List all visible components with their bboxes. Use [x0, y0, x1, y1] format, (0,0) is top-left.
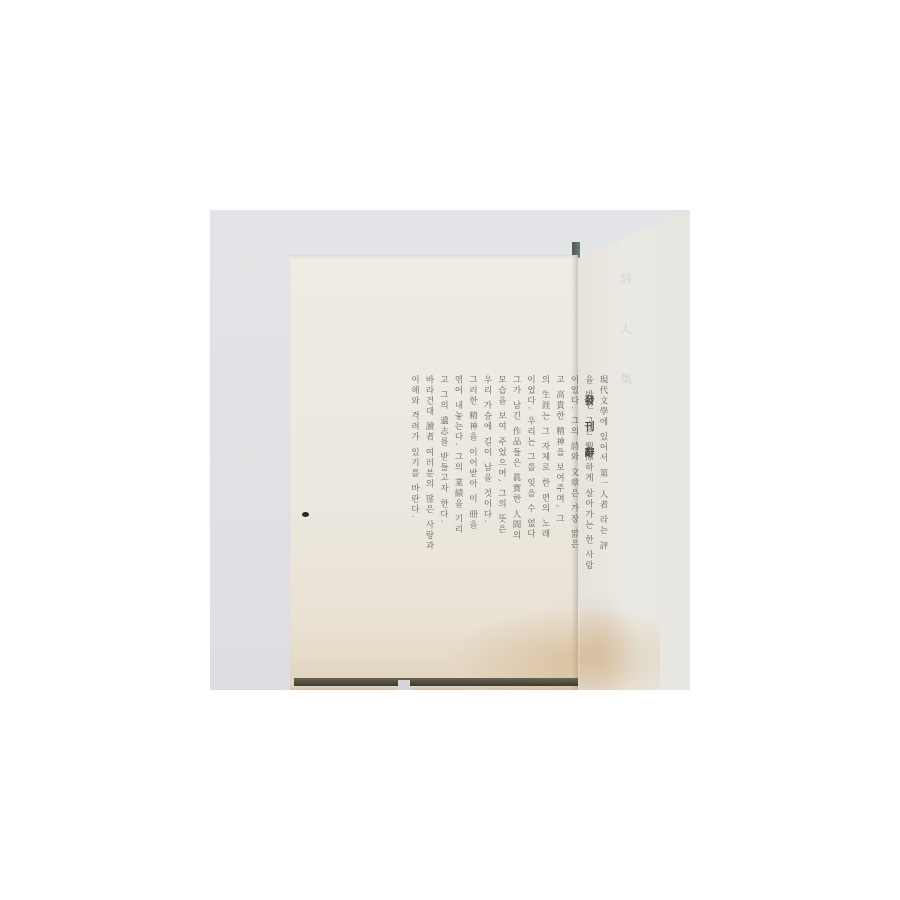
text-column: 을 받던 그는 聖潔하게 살아가는 한 사람: [581, 375, 596, 635]
text-column: 바라건대 讀者 여러분의 많은 사랑과: [422, 375, 437, 635]
text-column: 엮어 내놓는다. 그의 業績을 기리: [451, 375, 466, 635]
book-photo: 詩 人 集 發刊辭 現代文學에 있어서 第一人者 라는 評 을 받던 그는 聖潔…: [210, 210, 690, 690]
page-bottom-edge: [294, 678, 578, 686]
text-column: 現代文學에 있어서 第一人者 라는 評: [596, 375, 611, 635]
bleed-through-glyph: 人: [620, 320, 632, 337]
bleed-through-glyph: 詩: [620, 270, 632, 287]
text-column: 그러한 精神을 이어받아 이 冊을: [465, 375, 480, 635]
text-page: 發刊辭 現代文學에 있어서 第一人者 라는 評 을 받던 그는 聖潔하게 살아가…: [290, 255, 578, 690]
text-column: 이었다. 그의 詩와 文章은 가장 맑은: [567, 375, 582, 635]
bleed-through-glyph: 集: [620, 370, 632, 387]
body-text: 現代文學에 있어서 第一人者 라는 評 을 받던 그는 聖潔하게 살아가는 한 …: [400, 375, 610, 635]
text-column: 고 그의 遺志를 받들고자 한다.: [436, 375, 451, 635]
text-column: 모습을 보여 주었으며, 그의 뜻은: [494, 375, 509, 635]
bookmark-ribbon: [398, 680, 410, 690]
text-column: 의 生涯는 그 자체로 한 편의 노래: [538, 375, 553, 635]
text-column: 그가 남긴 作品들은 眞實한 人間의: [509, 375, 524, 635]
text-column: 이해와 격려가 있기를 바란다.: [407, 375, 422, 635]
text-column: 우리 가슴에 길이 남을 것이다.: [480, 375, 495, 635]
ink-spot: [302, 512, 309, 517]
text-column: 고 高貴한 精神을 보여주며, 그: [552, 375, 567, 635]
text-column: 이었다. 우리는 그를 잊을 수 없다: [523, 375, 538, 635]
